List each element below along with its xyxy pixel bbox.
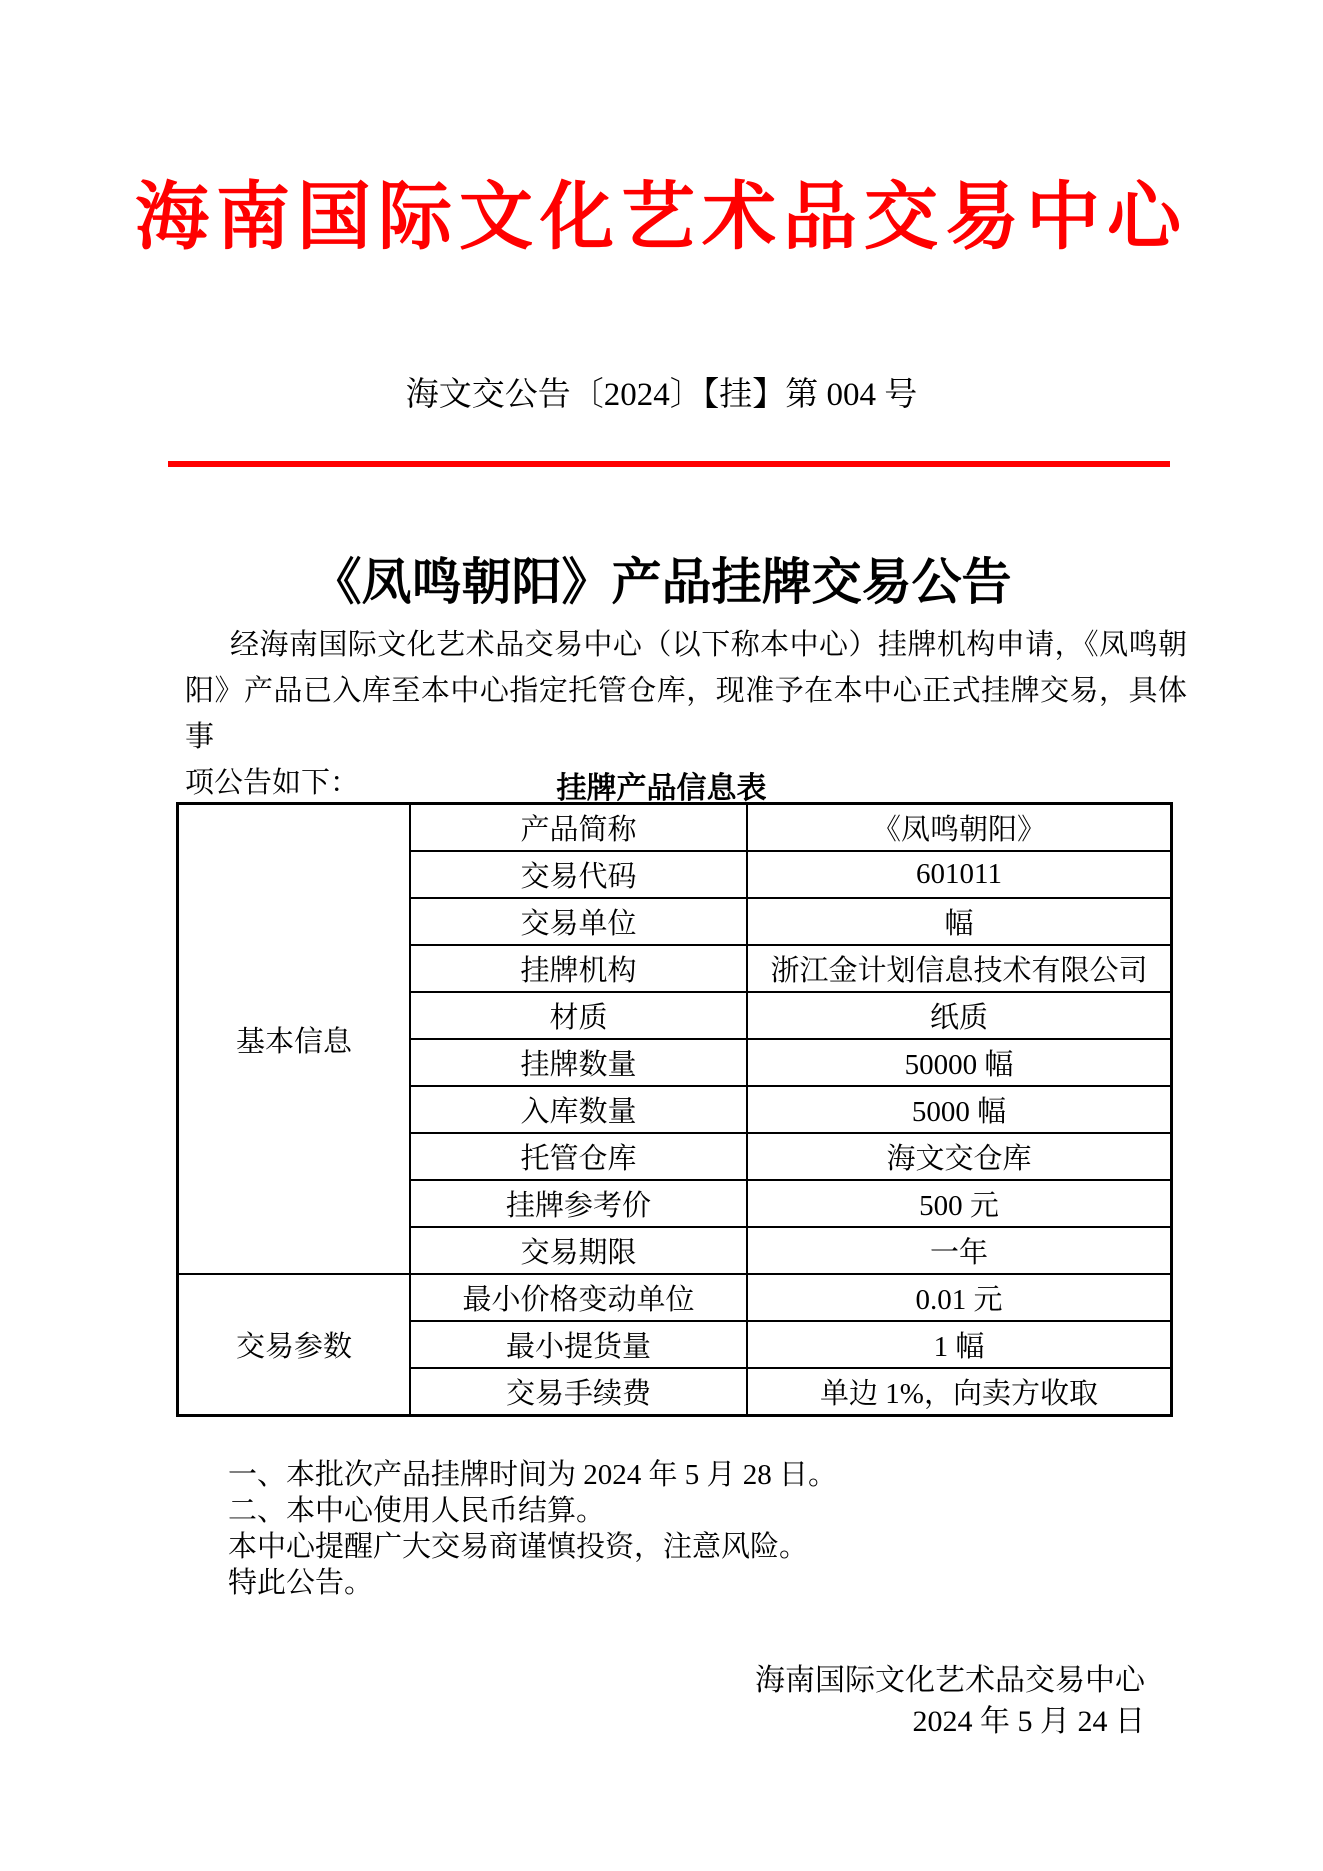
table-field-cell: 最小提货量 (410, 1321, 747, 1368)
table-value-cell: 一年 (747, 1227, 1172, 1274)
table-value-cell: 601011 (747, 851, 1172, 898)
table-field-cell: 托管仓库 (410, 1133, 747, 1180)
closing-date: 2024 年 5 月 24 日 (755, 1702, 1145, 1742)
closing-block: 海南国际文化艺术品交易中心 2024 年 5 月 24 日 (755, 1661, 1145, 1742)
table-value-cell: 幅 (747, 898, 1172, 945)
note-line: 一、本批次产品挂牌时间为 2024 年 5 月 28 日。 (228, 1457, 837, 1493)
table-value-cell: 纸质 (747, 992, 1172, 1039)
table-value-cell: 单边 1%，向卖方收取 (747, 1368, 1172, 1416)
table-value-cell: 海文交仓库 (747, 1133, 1172, 1180)
org-masthead-title: 海南国际文化艺术品交易中心 (0, 176, 1323, 260)
red-divider-rule (168, 461, 1170, 467)
table-field-cell: 入库数量 (410, 1086, 747, 1133)
intro-line: 经海南国际文化艺术品交易中心（以下称本中心）挂牌机构申请，《凤鸣朝 (185, 622, 1187, 668)
table-field-cell: 交易手续费 (410, 1368, 747, 1416)
intro-line: 阳》产品已入库至本中心指定托管仓库，现准予在本中心正式挂牌交易，具体事 (185, 668, 1187, 760)
table-field-cell: 交易单位 (410, 898, 747, 945)
table-field-cell: 挂牌数量 (410, 1039, 747, 1086)
table-field-cell: 最小价格变动单位 (410, 1274, 747, 1321)
closing-org-name: 海南国际文化艺术品交易中心 (755, 1661, 1145, 1701)
table-field-cell: 挂牌参考价 (410, 1180, 747, 1227)
table-field-cell: 交易代码 (410, 851, 747, 898)
table-row: 交易参数最小价格变动单位0.01 元 (178, 1274, 1172, 1321)
table-field-cell: 产品简称 (410, 804, 747, 852)
note-line: 本中心提醒广大交易商谨慎投资，注意风险。 (228, 1529, 837, 1565)
table-section-label: 基本信息 (178, 804, 411, 1275)
note-line: 二、本中心使用人民币结算。 (228, 1493, 837, 1529)
table-row: 基本信息产品简称《凤鸣朝阳》 (178, 804, 1172, 852)
table-value-cell: 50000 幅 (747, 1039, 1172, 1086)
table-value-cell: 0.01 元 (747, 1274, 1172, 1321)
table-value-cell: 500 元 (747, 1180, 1172, 1227)
table-value-cell: 5000 幅 (747, 1086, 1172, 1133)
table-value-cell: 浙江金计划信息技术有限公司 (747, 945, 1172, 992)
table-value-cell: 《凤鸣朝阳》 (747, 804, 1172, 852)
announcement-page: 海南国际文化艺术品交易中心 海文交公告〔2024〕【挂】第 004 号 《凤鸣朝… (0, 0, 1323, 1871)
announcement-title: 《凤鸣朝阳》产品挂牌交易公告 (0, 551, 1323, 613)
table-field-cell: 交易期限 (410, 1227, 747, 1274)
table-value-cell: 1 幅 (747, 1321, 1172, 1368)
table-section-label: 交易参数 (178, 1274, 411, 1416)
note-line: 特此公告。 (228, 1565, 837, 1601)
notes-block: 一、本批次产品挂牌时间为 2024 年 5 月 28 日。二、本中心使用人民币结… (228, 1457, 837, 1601)
table-field-cell: 挂牌机构 (410, 945, 747, 992)
doc-number: 海文交公告〔2024〕【挂】第 004 号 (0, 374, 1323, 416)
product-info-table: 基本信息产品简称《凤鸣朝阳》交易代码601011交易单位幅挂牌机构浙江金计划信息… (176, 802, 1173, 1417)
table-field-cell: 材质 (410, 992, 747, 1039)
